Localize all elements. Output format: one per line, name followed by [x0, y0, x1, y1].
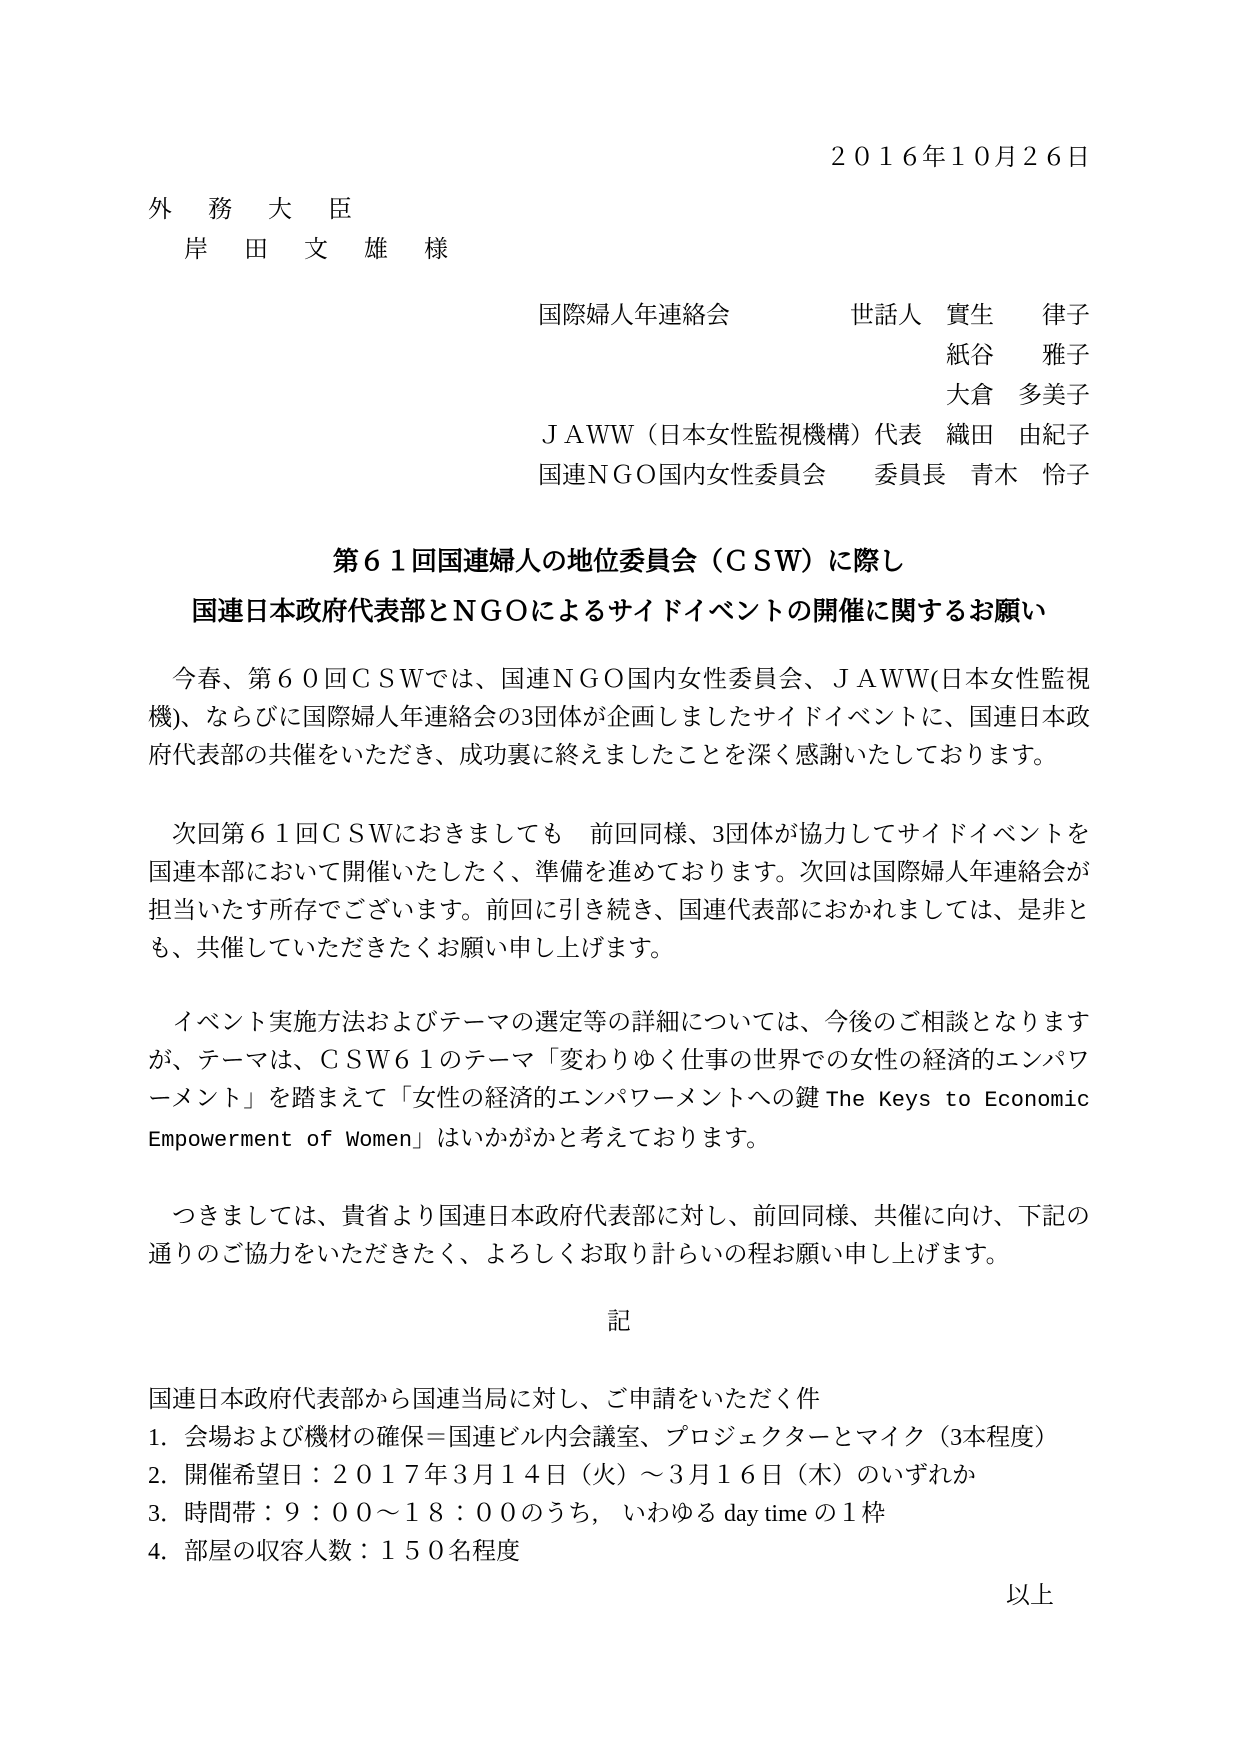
paragraph-3: イベント実施方法およびテーマの選定等の詳細については、今後のご相談となりますが、… — [148, 1004, 1090, 1160]
notice-heading: 記 — [148, 1303, 1090, 1341]
sender-line: 国際婦人年連絡会 世話人 實生 律子 — [148, 296, 1090, 336]
paragraph-4: つきましては、貴省より国連日本政府代表部に対し、前回同様、共催に向け、下記の通り… — [148, 1198, 1090, 1274]
sender-block: 国際婦人年連絡会 世話人 實生 律子 紙谷 雅子 大倉 多美子 ＪＡＷＷ（日本女… — [148, 296, 1090, 496]
document-title-line1: 第６１回国連婦人の地位委員会（ＣＳＷ）に際し — [148, 536, 1090, 586]
document-title-line2: 国連日本政府代表部とＮＧＯによるサイドイベントの開催に関するお願い — [148, 586, 1090, 636]
closing-label: 以上 — [148, 1577, 1090, 1615]
sender-line: 紙谷 雅子 — [148, 336, 1090, 376]
sender-line: ＪＡＷＷ（日本女性監視機構）代表 織田 由紀子 — [148, 416, 1090, 456]
paragraph-3-japanese-after: 」はいかがかと考えております。 — [412, 1126, 770, 1152]
recipient-title: 外 務 大 臣 — [148, 190, 1090, 230]
notice-item-2: 2．開催希望日：２０１７年３月１４日（火）～３月１６日（木）のいずれか — [148, 1457, 1090, 1495]
sender-line: 大倉 多美子 — [148, 376, 1090, 416]
notice-item-1: 1．会場および機材の確保＝国連ビル内会議室、プロジェクターとマイク（3本程度） — [148, 1419, 1090, 1457]
date-line: ２０１６年１０月２６日 — [148, 140, 1090, 176]
sender-line: 国連ＮＧＯ国内女性委員会 委員長 青木 怜子 — [148, 456, 1090, 496]
document-title: 第６１回国連婦人の地位委員会（ＣＳＷ）に際し 国連日本政府代表部とＮＧＯによるサ… — [148, 536, 1090, 636]
notice-item-4: 4．部屋の収容人数：１５０名程度 — [148, 1533, 1090, 1571]
recipient-name: 岸 田 文 雄 様 — [148, 230, 1090, 270]
notice-item-3: 3．時間帯：９：００～１８：００のうち, いわゆる day time の１枠 — [148, 1495, 1090, 1533]
paragraph-1: 今春、第６０回ＣＳＷでは、国連ＮＧＯ国内女性委員会、ＪＡＷＷ(日本女性監視機)、… — [148, 661, 1090, 775]
notice-intro: 国連日本政府代表部から国連当局に対し、ご申請をいただく件 — [148, 1381, 1090, 1419]
paragraph-2: 次回第６１回ＣＳＷにおきましても 前回同様、3団体が協力してサイドイベントを国連… — [148, 816, 1090, 968]
document-page: ２０１６年１０月２６日 外 務 大 臣 岸 田 文 雄 様 国際婦人年連絡会 世… — [0, 0, 1240, 1754]
notice-items: 1．会場および機材の確保＝国連ビル内会議室、プロジェクターとマイク（3本程度） … — [148, 1419, 1090, 1571]
